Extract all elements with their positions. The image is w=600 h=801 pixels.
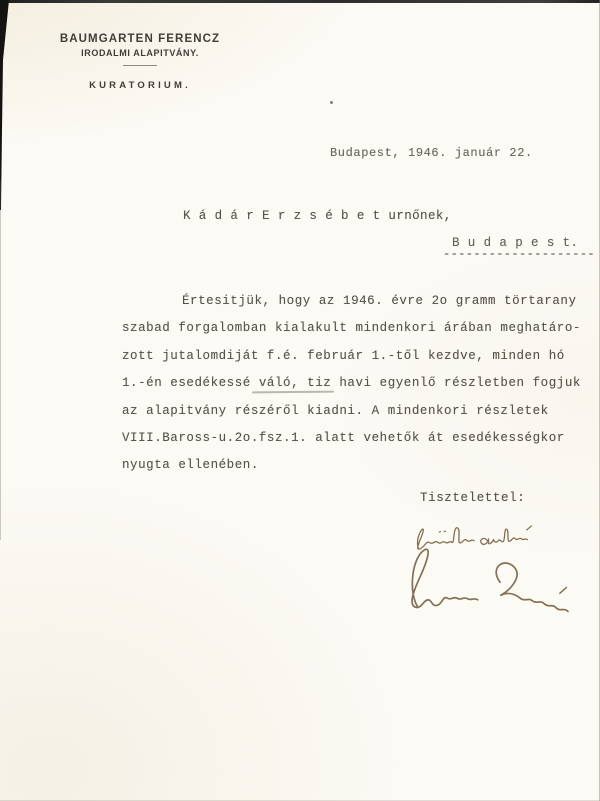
date-line: Budapest, 1946. január 22. — [330, 146, 533, 160]
recipient-underline: -------------------- — [443, 247, 595, 261]
scanned-letter-page: BAUMGARTEN FERENCZ IRODALMI ALAPITVÁNY. … — [0, 0, 600, 801]
body-line: nyugta ellenében. — [122, 452, 597, 479]
body-line: Értesitjük, hogy az 1946. évre 2o gramm … — [122, 288, 597, 315]
body-line: szabad forgalomban kialakult mindenkori … — [122, 315, 597, 342]
body-line: zott jutalomdiját f.é. február 1.-től ke… — [122, 343, 597, 370]
letter-body: Értesitjük, hogy az 1946. évre 2o gramm … — [122, 288, 597, 480]
scan-edge-left-faint — [0, 180, 1, 540]
letterhead-department: KURATORIUM. — [56, 80, 224, 91]
closing-salutation: Tisztelettel: — [420, 491, 525, 505]
paper-speck — [330, 101, 333, 104]
body-line: az alapitvány részéről kiadni. A mindenk… — [122, 398, 597, 425]
signature-basch-lorant — [393, 542, 580, 623]
letterhead: BAUMGARTEN FERENCZ IRODALMI ALAPITVÁNY. … — [56, 33, 224, 91]
body-line: 1.-én esedékessé váló, tiz havi egyenlő … — [122, 370, 597, 397]
letterhead-divider — [123, 65, 157, 66]
recipient-name: K á d á r E r z s é b e t urnőnek, — [183, 209, 452, 223]
body-line: VIII.Baross-u.2o.fsz.1. alatt vehetők át… — [122, 425, 597, 452]
scan-edge-top — [0, 0, 600, 3]
letterhead-foundation-name: BAUMGARTEN FERENCZ — [56, 33, 224, 45]
letterhead-foundation-subtitle: IRODALMI ALAPITVÁNY. — [56, 48, 224, 58]
scan-edge-left-sliver — [0, 0, 10, 210]
